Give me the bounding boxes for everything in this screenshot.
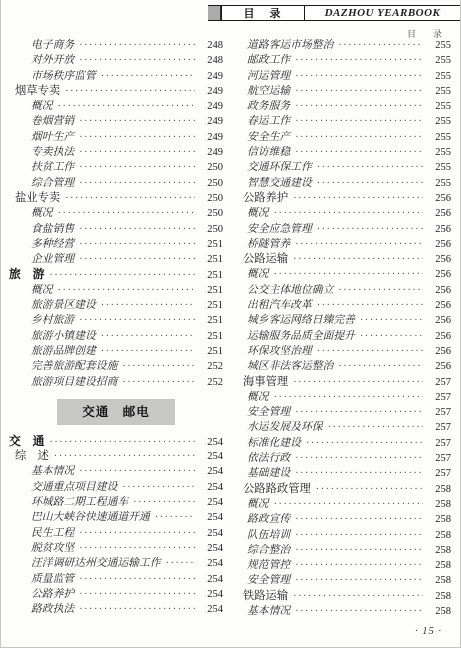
toc-entry-page: 254 [199,510,223,525]
toc-entry-title: 概况 [247,267,269,282]
toc-entry-title: 乡村旅游 [31,313,74,328]
toc-entry-page: 256 [427,283,451,298]
toc-entry: 航空运输255 [247,84,451,99]
toc-entry: 安全应急管理256 [247,222,451,237]
toc-col-right: 道路客运市场整治255邮政工作255河运管理255航空运输255政务服务255春… [237,38,451,617]
toc-entry: 概况258 [247,497,451,512]
toc-entry-page: 251 [199,252,223,267]
toc-entry-title: 扶贫工作 [31,160,74,175]
toc-entry-page: 256 [427,237,451,252]
toc-entry: 交通重点项目建设254 [31,480,223,495]
dot-leader [79,464,195,479]
dot-leader [58,99,195,114]
toc-entry-title: 卷烟营销 [31,114,74,129]
toc-entry-page: 248 [199,53,223,68]
toc-entry-page: 256 [427,359,451,374]
toc-entry-title: 环城路二期工程通车 [31,495,128,510]
toc-entry: 路政宣传258 [247,512,451,527]
toc-entry: 卷烟营销249 [31,114,223,129]
page-number: · 15 · [415,626,442,637]
toc-entry-title: 质量监管 [31,572,74,587]
toc-entry-page: 258 [427,497,451,512]
toc-entry-page: 248 [199,38,223,53]
toc-entry: 概况249 [31,99,223,114]
toc-entry-page: 255 [427,145,451,160]
toc-entry-title: 规范管控 [247,558,290,573]
toc-entry-title: 综 述 [15,449,49,464]
toc-entry: 对外开放248 [31,53,223,68]
dot-leader [79,237,195,252]
toc-entry-page: 254 [199,464,223,479]
toc-entry-page: 255 [427,53,451,68]
dot-leader [49,268,195,283]
toc-entry-title: 概况 [247,390,269,405]
toc-entry-page: 254 [199,572,223,587]
toc-entry-title: 烟草专卖 [15,84,60,99]
dot-leader [79,313,195,328]
toc-entry: 环城路二期工程通车254 [31,495,223,510]
yearbook-title: DAZHOU YEARBOOK [305,6,460,20]
toc-entry-title: 航空运输 [247,84,290,99]
toc-entry-title: 水运发展及环保 [247,420,323,435]
dot-leader [293,589,423,604]
toc-entry: 基本情况258 [247,604,451,619]
toc-entry: 概况250 [31,206,223,221]
toc-entry-page: 255 [427,69,451,84]
toc-entry-page: 256 [427,267,451,282]
toc-entry: 综合整治258 [247,543,451,558]
toc-entry: 质量监管254 [31,572,223,587]
toc-entry: 公路路政管理258 [243,482,451,497]
toc-entry-title: 概况 [247,206,269,221]
dot-leader [274,497,423,512]
toc-entry-page: 257 [427,390,451,405]
toc-entry-page: 252 [199,359,223,374]
dot-leader [317,344,423,359]
toc-entry-title: 公路运输 [243,252,288,267]
toc-entry: 旅游项目建设招商252 [31,375,223,390]
toc-entry-page: 257 [427,375,451,390]
toc-entry: 巴山大峡谷快速通道开通254 [31,510,223,525]
toc-entry-page: 252 [199,375,223,390]
toc-entry-title: 对外开放 [31,53,74,68]
toc-entry-page: 258 [427,589,451,604]
toc-entry-title: 盐业专卖 [15,191,60,206]
toc-entry-page: 249 [199,130,223,145]
toc-entry-title: 路政宣传 [247,512,290,527]
dot-leader [295,543,423,558]
toc-entry-title: 安全管理 [247,573,290,588]
dot-leader [79,53,195,68]
dot-leader [122,359,195,374]
dot-leader [101,69,195,84]
toc-entry-page: 250 [199,206,223,221]
toc-entry-title: 交通环保工作 [247,160,312,175]
page-header-band: 目 录 DAZHOU YEARBOOK [208,5,460,21]
toc-entry-title: 环保攻坚治理 [247,344,312,359]
toc-entry-title: 安全应急管理 [247,222,312,237]
dot-leader [295,405,423,420]
dot-leader [155,510,195,525]
dot-leader [295,528,423,543]
dot-leader [317,176,423,191]
dot-leader [293,191,423,206]
toc-entry: 旅游品牌创建251 [31,344,223,359]
dot-leader [79,541,195,556]
toc-entry: 安全生产255 [247,130,451,145]
dot-leader [295,451,423,466]
dot-leader [360,313,423,328]
toc-entry-page: 256 [427,206,451,221]
toc-entry: 公路养护254 [31,587,223,602]
toc-entry: 旅 游251 [9,267,223,282]
toc-entry-title: 综合整治 [247,543,290,558]
dot-leader [79,114,195,129]
toc-entry-page: 256 [427,222,451,237]
toc-entry-title: 标准化建设 [247,436,301,451]
toc-entry: 旅游景区建设251 [31,298,223,313]
toc-entry: 公交主体地位确立256 [247,283,451,298]
toc-entry-page: 256 [427,191,451,206]
dot-leader [328,420,423,435]
toc-entry-title: 多种经营 [31,237,74,252]
toc-entry: 公路养护256 [243,191,451,206]
toc-entry: 环保攻坚治理256 [247,344,451,359]
toc-entry: 信访维稳255 [247,145,451,160]
toc-entry-title: 烟叶生产 [31,130,74,145]
dot-leader [295,466,423,481]
toc-header-box: 目 录 [221,6,305,20]
toc-entry-page: 257 [427,466,451,481]
toc-entry: 电子商务248 [31,38,223,53]
dot-leader [295,69,423,84]
toc-entry: 基本情况254 [31,464,223,479]
toc-entry-title: 公交主体地位确立 [247,283,333,298]
toc-entry-title: 交 通 [9,434,44,449]
toc-entry: 智慧交通建设255 [247,176,451,191]
toc-entry-title: 安全生产 [247,130,290,145]
toc-entry-page: 257 [427,451,451,466]
toc-entry: 城区非法客运整治256 [247,359,451,374]
dot-leader [79,160,195,175]
toc-entry-page: 255 [427,130,451,145]
toc-entry: 铁路运输258 [243,589,451,604]
dot-leader [79,572,195,587]
dot-leader [79,526,195,541]
dot-leader [274,390,423,405]
toc-entry: 综合管理250 [31,176,223,191]
dot-leader [58,206,195,221]
dot-leader [293,375,423,390]
dot-leader [101,344,195,359]
dot-leader [295,604,423,619]
toc-entry: 邮政工作255 [247,53,451,68]
toc-entry-title: 旅游小镇建设 [31,329,96,344]
dot-leader [293,252,423,267]
toc-entry-page: 255 [427,99,451,114]
toc-entry: 食盐销售250 [31,222,223,237]
dot-leader [295,512,423,527]
toc-entry-page: 258 [427,543,451,558]
toc-entry-title: 概况 [31,99,53,114]
toc-entry-page: 254 [199,435,223,450]
toc-entry-title: 综合管理 [31,176,74,191]
dot-leader [338,283,423,298]
toc-entry-title: 旅游品牌创建 [31,344,96,359]
dot-leader [295,558,423,573]
toc-entry: 旅游小镇建设251 [31,329,223,344]
dot-leader [166,556,195,571]
dot-leader [122,375,195,390]
toc-entry-page: 251 [199,283,223,298]
dot-leader [65,191,195,206]
toc-entry-page: 249 [199,145,223,160]
toc-entry-title: 政务服务 [247,99,290,114]
toc-entry-title: 完善旅游配套设施 [31,359,117,374]
toc-entry-page: 255 [427,114,451,129]
toc-entry: 基础建设257 [247,466,451,481]
toc-entry-page: 255 [427,84,451,99]
dot-leader [58,283,195,298]
toc-entry-title: 企业管理 [31,252,74,267]
toc-entry: 桥隧管养256 [247,237,451,252]
toc-entry-page: 256 [427,344,451,359]
toc-entry-title: 市场秩序监管 [31,69,96,84]
toc-entry: 城乡客运网络日臻完善256 [247,313,451,328]
toc-entry: 队伍培训258 [247,528,451,543]
toc-entry: 扶贫工作250 [31,160,223,175]
toc-entry-title: 城区非法客运整治 [247,359,333,374]
toc-entry-page: 258 [427,604,451,619]
dot-leader [79,145,195,160]
toc-entry-page: 257 [427,420,451,435]
toc-entry-page: 250 [199,191,223,206]
toc-entry-page: 251 [199,237,223,252]
toc-entry-page: 249 [199,114,223,129]
dot-leader [274,267,423,282]
toc-entry-title: 春运工作 [247,114,290,129]
toc-entry-page: 251 [199,298,223,313]
dot-leader [79,252,195,267]
toc-entry-page: 256 [427,298,451,313]
toc-entry-title: 道路客运市场整治 [247,38,333,53]
toc-entry-page: 250 [199,160,223,175]
toc-entry: 政务服务255 [247,99,451,114]
toc-entry: 专卖执法249 [31,145,223,160]
toc-entry-title: 公路路政管理 [243,482,311,497]
toc-entry-page: 258 [427,558,451,573]
dot-leader [317,222,423,237]
toc-entry-page: 254 [199,541,223,556]
toc-entry: 汪洋调研达州交通运输工作254 [31,556,223,571]
dot-leader [65,84,195,99]
toc-entry: 企业管理251 [31,252,223,267]
toc-entry-title: 河运管理 [247,69,290,84]
dot-leader [79,130,195,145]
toc-entry-title: 旅 游 [9,267,44,282]
toc-entry: 脱贫攻坚254 [31,541,223,556]
toc-entry-page: 255 [427,160,451,175]
dot-leader [316,482,423,497]
toc-entry: 海事管理257 [243,375,451,390]
toc-entry-title: 基本情况 [31,464,74,479]
toc-entry-title: 食盐销售 [31,222,74,237]
toc-entry: 交 通254 [9,434,223,449]
toc-entry-title: 旅游景区建设 [31,298,96,313]
toc-entry: 概况256 [247,206,451,221]
toc-entry-page: 256 [427,313,451,328]
toc-entry: 安全管理258 [247,573,451,588]
toc-entry: 交通环保工作255 [247,160,451,175]
dot-leader [101,298,195,313]
toc-entry-title: 路政执法 [31,602,74,617]
dot-leader [295,573,423,588]
toc-entry-title: 民生工程 [31,526,74,541]
toc-entry: 市场秩序监管249 [31,69,223,84]
dot-leader [317,160,423,175]
dot-leader [295,114,423,129]
toc-entry-page: 258 [427,528,451,543]
section-divider: 交通 邮电 [57,399,175,425]
toc-entry: 烟叶生产249 [31,130,223,145]
toc-entry-title: 巴山大峡谷快速通道开通 [31,510,150,525]
toc-entry: 安全管理257 [247,405,451,420]
toc-entry: 烟草专卖249 [15,84,223,99]
toc-entry: 春运工作255 [247,114,451,129]
toc-col-left: 电子商务248对外开放248市场秩序监管249烟草专卖249概况249卷烟营销2… [9,38,223,617]
toc-entry-page: 249 [199,99,223,114]
toc-entry: 道路客运市场整治255 [247,38,451,53]
dot-leader [360,329,423,344]
toc-entry-title: 基本情况 [247,604,290,619]
toc-entry: 多种经营251 [31,237,223,252]
toc-entry-page: 249 [199,69,223,84]
toc-entry-page: 258 [427,482,451,497]
toc-entry: 出租汽车改革256 [247,298,451,313]
toc-entry-title: 邮政工作 [247,53,290,68]
dot-leader [295,237,423,252]
toc-entry: 规范管控258 [247,558,451,573]
toc-entry-title: 交通重点项目建设 [31,480,117,495]
toc-entry-page: 258 [427,512,451,527]
toc-entry-title: 公路养护 [243,191,288,206]
toc-entry: 完善旅游配套设施252 [31,359,223,374]
toc-entry-title: 脱贫攻坚 [31,541,74,556]
toc-entry-title: 公路养护 [31,587,74,602]
dot-leader [122,480,195,495]
toc-entry-page: 251 [199,344,223,359]
toc-entry-title: 电子商务 [31,38,74,53]
toc-entry-page: 254 [199,526,223,541]
toc-entry: 综 述254 [15,449,223,464]
toc-entry-page: 256 [427,252,451,267]
toc-entry-page: 254 [199,480,223,495]
toc-entry: 公路运输256 [243,252,451,267]
dot-leader [79,222,195,237]
toc-entry-title: 依法行政 [247,451,290,466]
header-gray-square [208,6,221,20]
toc-entry-title: 出租汽车改革 [247,298,312,313]
toc-entry-page: 251 [199,329,223,344]
toc-entry: 河运管理255 [247,69,451,84]
dot-leader [295,84,423,99]
toc-entry: 路政执法254 [31,602,223,617]
dot-leader [295,145,423,160]
dot-leader [295,53,423,68]
toc-entry-page: 256 [427,329,451,344]
toc-entry-page: 254 [199,449,223,464]
dot-leader [54,449,195,464]
dot-leader [317,298,423,313]
dot-leader [79,602,195,617]
toc-entry-page: 250 [199,222,223,237]
toc-entry-page: 251 [199,268,223,283]
toc-entry: 盐业专卖250 [15,191,223,206]
dot-leader [338,359,423,374]
toc-entry-title: 基础建设 [247,466,290,481]
dot-leader [79,176,195,191]
toc-entry-page: 255 [427,38,451,53]
toc-entry-page: 254 [199,602,223,617]
toc-entry-title: 安全管理 [247,405,290,420]
dot-leader [306,436,423,451]
toc-entry: 民生工程254 [31,526,223,541]
toc-entry: 运输服务品质全面提升256 [247,329,451,344]
toc-entry-page: 249 [199,84,223,99]
toc-entry-title: 汪洋调研达州交通运输工作 [31,556,161,571]
toc-columns: 电子商务248对外开放248市场秩序监管249烟草专卖249概况249卷烟营销2… [9,38,451,617]
dot-leader [101,329,195,344]
toc-entry-title: 概况 [31,283,53,298]
dot-leader [295,130,423,145]
toc-entry: 标准化建设257 [247,436,451,451]
toc-entry-title: 专卖执法 [31,145,74,160]
toc-entry: 乡村旅游251 [31,313,223,328]
toc-entry-page: 254 [199,556,223,571]
dot-leader [338,38,423,53]
dot-leader [79,38,195,53]
toc-entry-title: 概况 [31,206,53,221]
toc-entry-page: 254 [199,495,223,510]
section-divider-wrap: 交通 邮电 [9,390,223,434]
toc-entry-page: 254 [199,587,223,602]
toc-entry: 概况251 [31,283,223,298]
toc-entry: 概况256 [247,267,451,282]
toc-entry: 水运发展及环保257 [247,420,451,435]
toc-entry-title: 桥隧管养 [247,237,290,252]
toc-entry-page: 250 [199,176,223,191]
toc-entry-title: 铁路运输 [243,589,288,604]
toc-entry-title: 概况 [247,497,269,512]
dot-leader [133,495,195,510]
toc-entry-page: 258 [427,573,451,588]
toc-entry-title: 海事管理 [243,375,288,390]
toc-entry-page: 251 [199,313,223,328]
scanned-toc-page: 目 录 DAZHOU YEARBOOK 目 录 电子商务248对外开放248市场… [0,0,461,648]
dot-leader [49,435,195,450]
dot-leader [79,587,195,602]
toc-entry-title: 智慧交通建设 [247,176,312,191]
toc-entry-page: 255 [427,176,451,191]
toc-entry-title: 旅游项目建设招商 [31,375,117,390]
dot-leader [274,206,423,221]
toc-entry-title: 队伍培训 [247,528,290,543]
toc-entry-page: 257 [427,436,451,451]
toc-entry-title: 信访维稳 [247,145,290,160]
toc-entry: 依法行政257 [247,451,451,466]
toc-entry-title: 城乡客运网络日臻完善 [247,313,355,328]
toc-entry: 概况257 [247,390,451,405]
